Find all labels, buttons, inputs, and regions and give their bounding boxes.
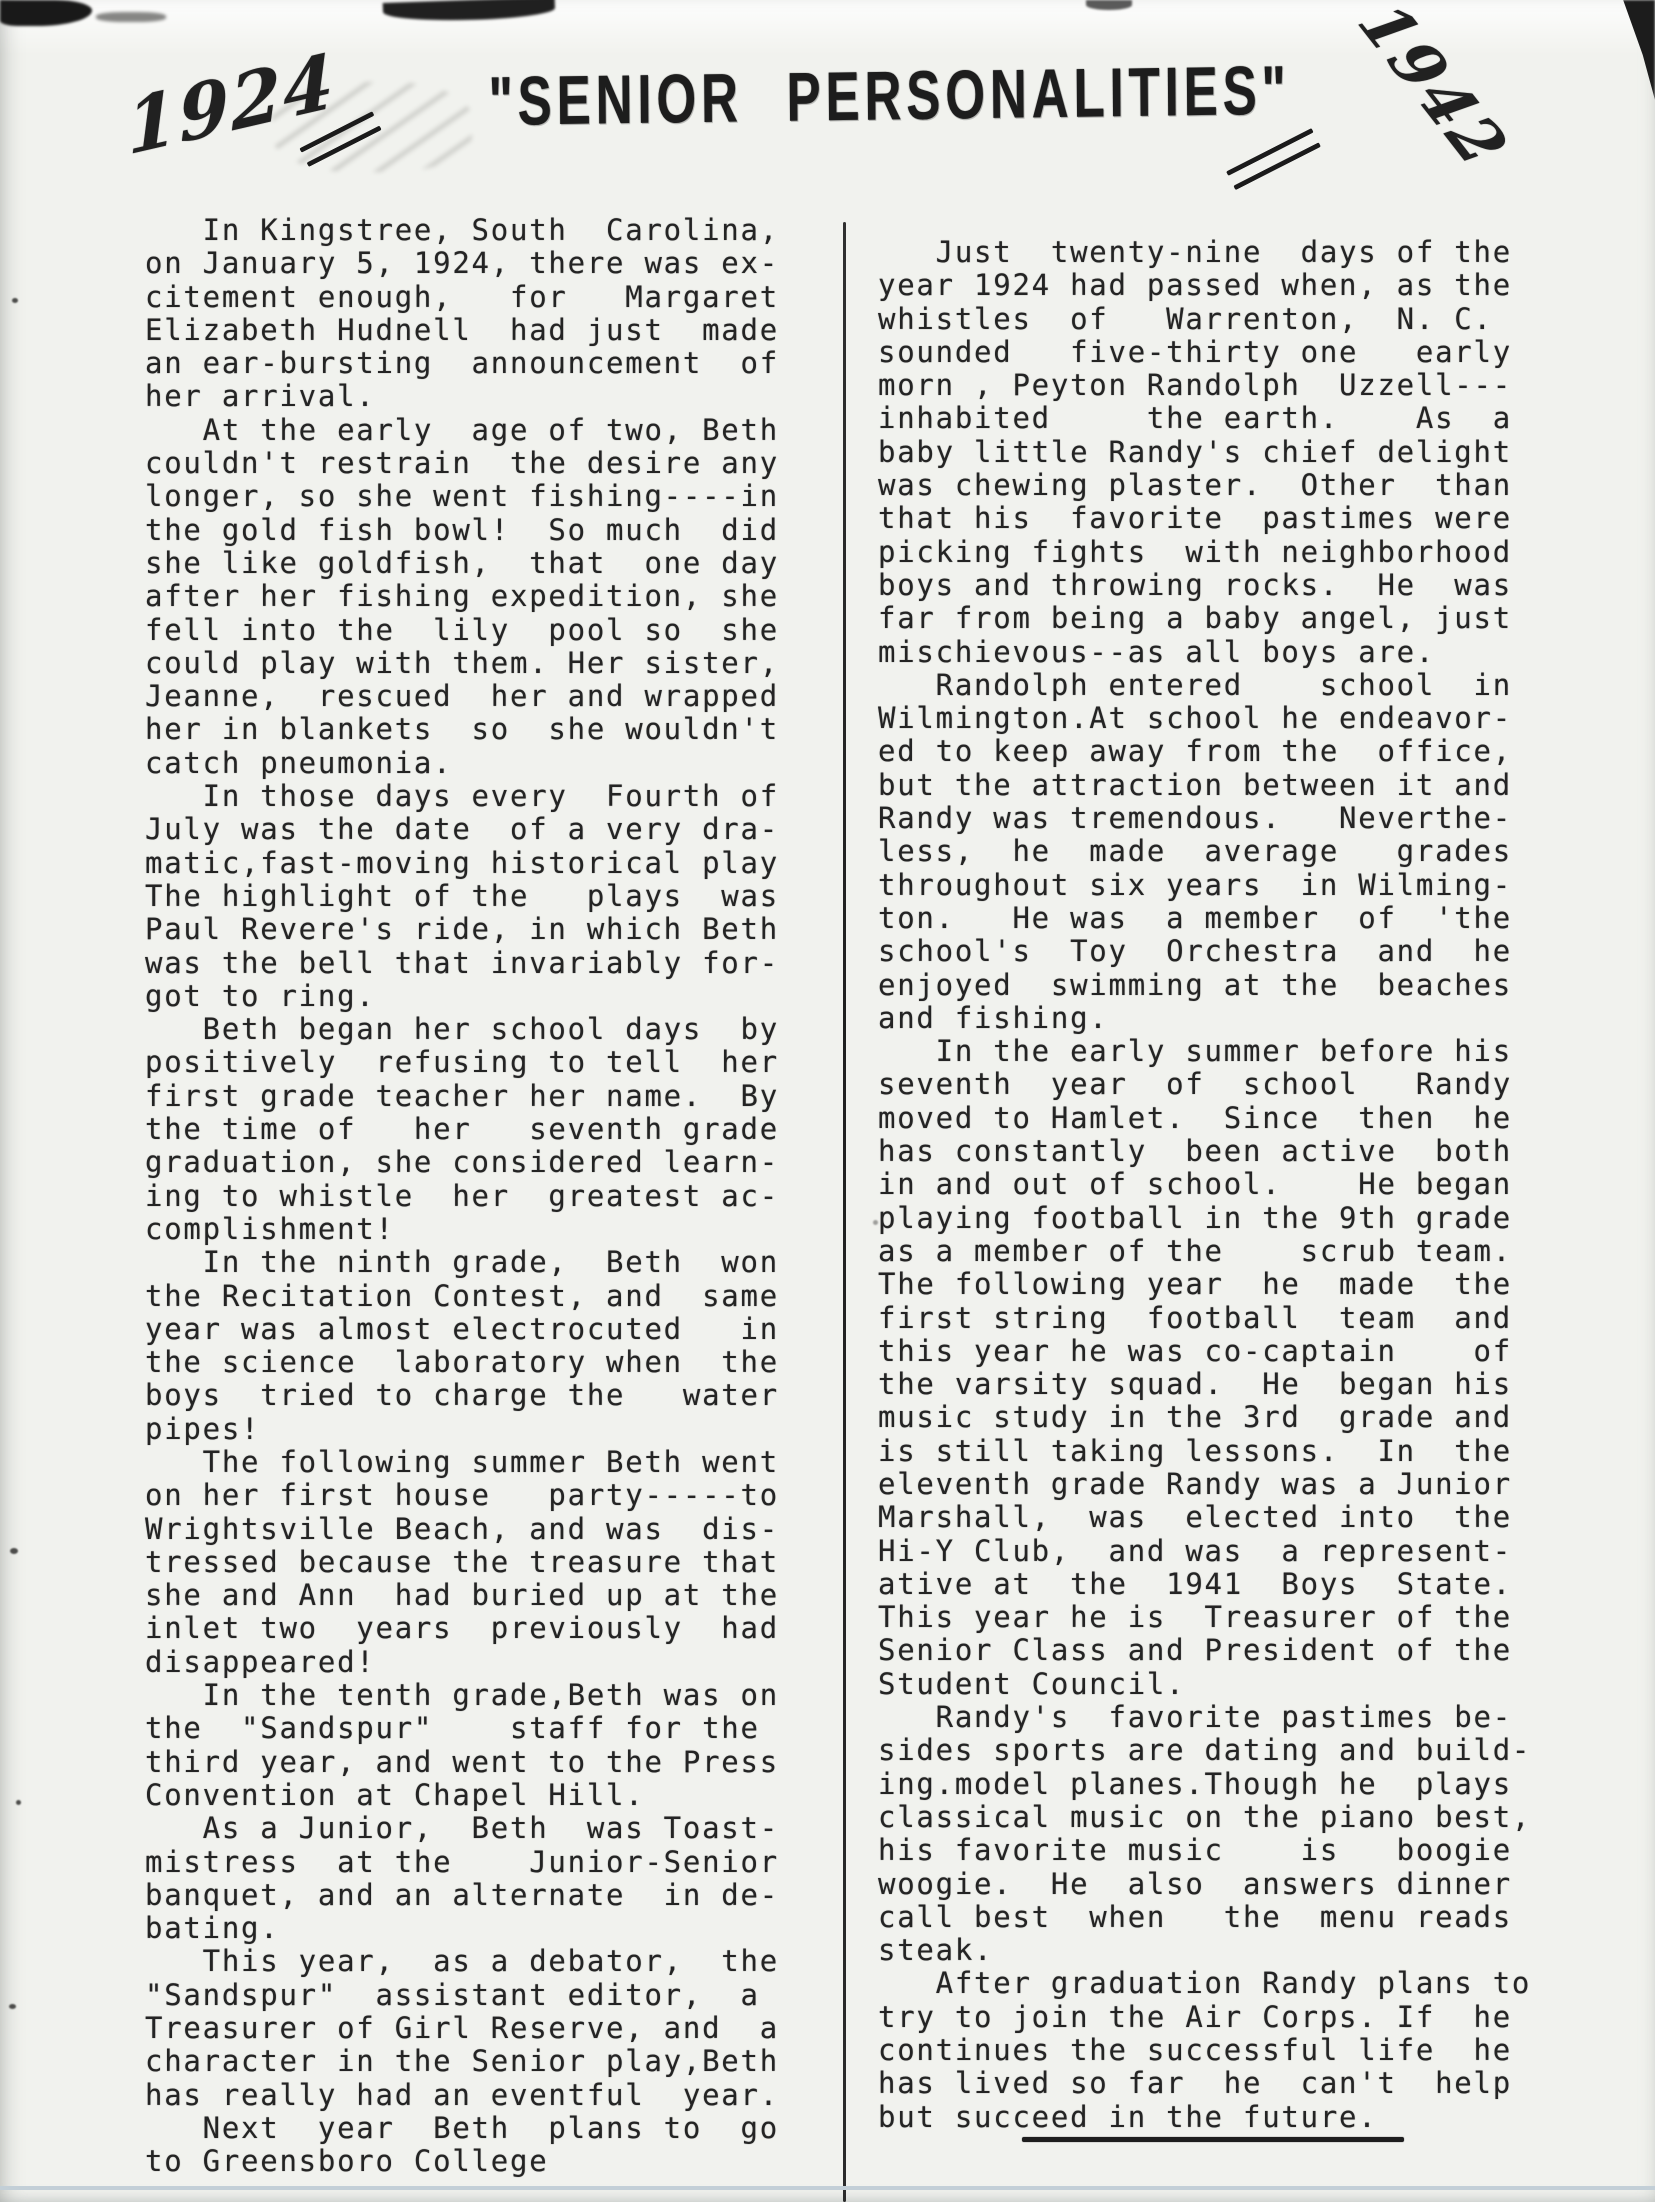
scan-smudge-top-left-faint <box>96 12 166 22</box>
right-column-text: Just twenty-nine days of theyear 1924 ha… <box>878 236 1531 2134</box>
scan-speck <box>9 2004 16 2009</box>
column-divider-line <box>843 222 846 2202</box>
scan-speck <box>10 1548 18 1554</box>
double-slash-mark-right <box>1226 128 1326 200</box>
left-column-text: In Kingstree, South Carolina,on January … <box>145 214 779 2179</box>
scanned-yearbook-page: 1924 "SENIOR PERSONALITIES" 1942 In King… <box>0 0 1655 2202</box>
scan-smudge-top-left <box>0 0 92 26</box>
end-rule-line <box>1022 2137 1404 2142</box>
scan-smudge-top-center-small <box>1086 0 1132 10</box>
scan-speck <box>16 1800 21 1805</box>
handwritten-year-1942: 1942 <box>1342 0 1525 179</box>
scan-smudge-top-right-corner <box>1606 0 1655 100</box>
page-title: "SENIOR PERSONALITIES" <box>488 52 1192 141</box>
scan-bottom-edge <box>0 2186 1655 2190</box>
scan-smudge-top-center <box>383 0 556 23</box>
scan-speck <box>12 298 18 303</box>
